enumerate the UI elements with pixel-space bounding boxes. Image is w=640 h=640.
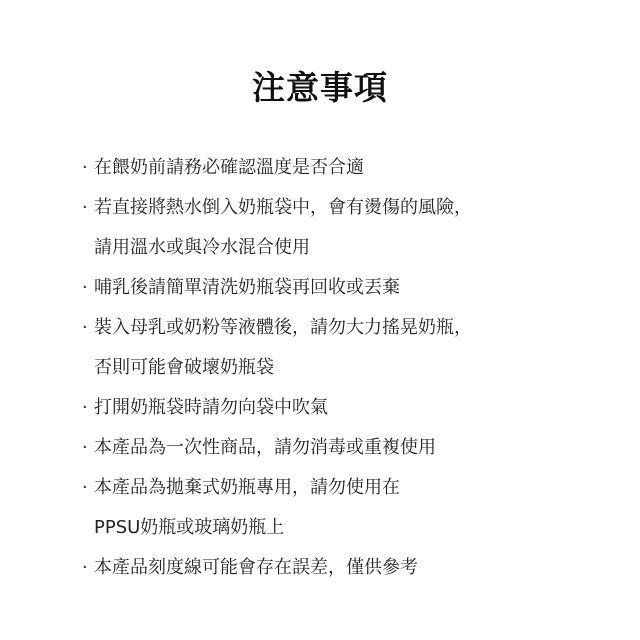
notice-item: · 本產品為拋棄式奶瓶專用，請勿使用在 [82,474,582,514]
notice-item: · 哺乳後請簡單清洗奶瓶袋再回收或丟棄 [82,274,582,314]
notice-item-continuation: 否則可能會破壞奶瓶袋 [82,354,582,394]
notice-text: 本產品為拋棄式奶瓶專用，請勿使用在 [94,477,400,498]
notice-text: 本產品為一次性商品，請勿消毒或重複使用 [94,437,436,458]
notice-item: · 若直接將熱水倒入奶瓶袋中，會有燙傷的風險， [82,194,582,234]
notice-item: · 裝入母乳或奶粉等液體後，請勿大力搖晃奶瓶， [82,314,582,354]
notice-text: 在餵奶前請務必確認溫度是否合適 [94,157,364,178]
notice-list: · 在餵奶前請務必確認溫度是否合適 · 若直接將熱水倒入奶瓶袋中，會有燙傷的風險… [82,154,582,594]
notice-item-continuation: PPSU奶瓶或玻璃奶瓶上 [82,514,582,554]
bullet-dot: · [82,434,88,462]
notice-text: PPSU奶瓶或玻璃奶瓶上 [94,517,284,538]
page-title: 注意事項 [0,66,640,110]
notice-text: 裝入母乳或奶粉等液體後，請勿大力搖晃奶瓶， [94,317,472,338]
bullet-dot: · [82,194,88,222]
notice-text: 請用溫水或與冷水混合使用 [94,237,310,258]
bullet-dot: · [82,154,88,182]
notice-text: 否則可能會破壞奶瓶袋 [94,357,274,378]
bullet-dot: · [82,274,88,302]
notice-item: · 本產品刻度線可能會存在誤差，僅供參考 [82,554,582,594]
notice-text: 哺乳後請簡單清洗奶瓶袋再回收或丟棄 [94,277,400,298]
notice-text: 若直接將熱水倒入奶瓶袋中，會有燙傷的風險， [94,197,472,218]
bullet-dot: · [82,474,88,502]
notice-text: 打開奶瓶袋時請勿向袋中吹氣 [94,397,328,418]
notice-item: · 本產品為一次性商品，請勿消毒或重複使用 [82,434,582,474]
bullet-dot: · [82,554,88,582]
notice-item: · 在餵奶前請務必確認溫度是否合適 [82,154,582,194]
notice-text: 本產品刻度線可能會存在誤差，僅供參考 [94,557,418,578]
notice-item: · 打開奶瓶袋時請勿向袋中吹氣 [82,394,582,434]
notice-item-continuation: 請用溫水或與冷水混合使用 [82,234,582,274]
bullet-dot: · [82,314,88,342]
bullet-dot: · [82,394,88,422]
